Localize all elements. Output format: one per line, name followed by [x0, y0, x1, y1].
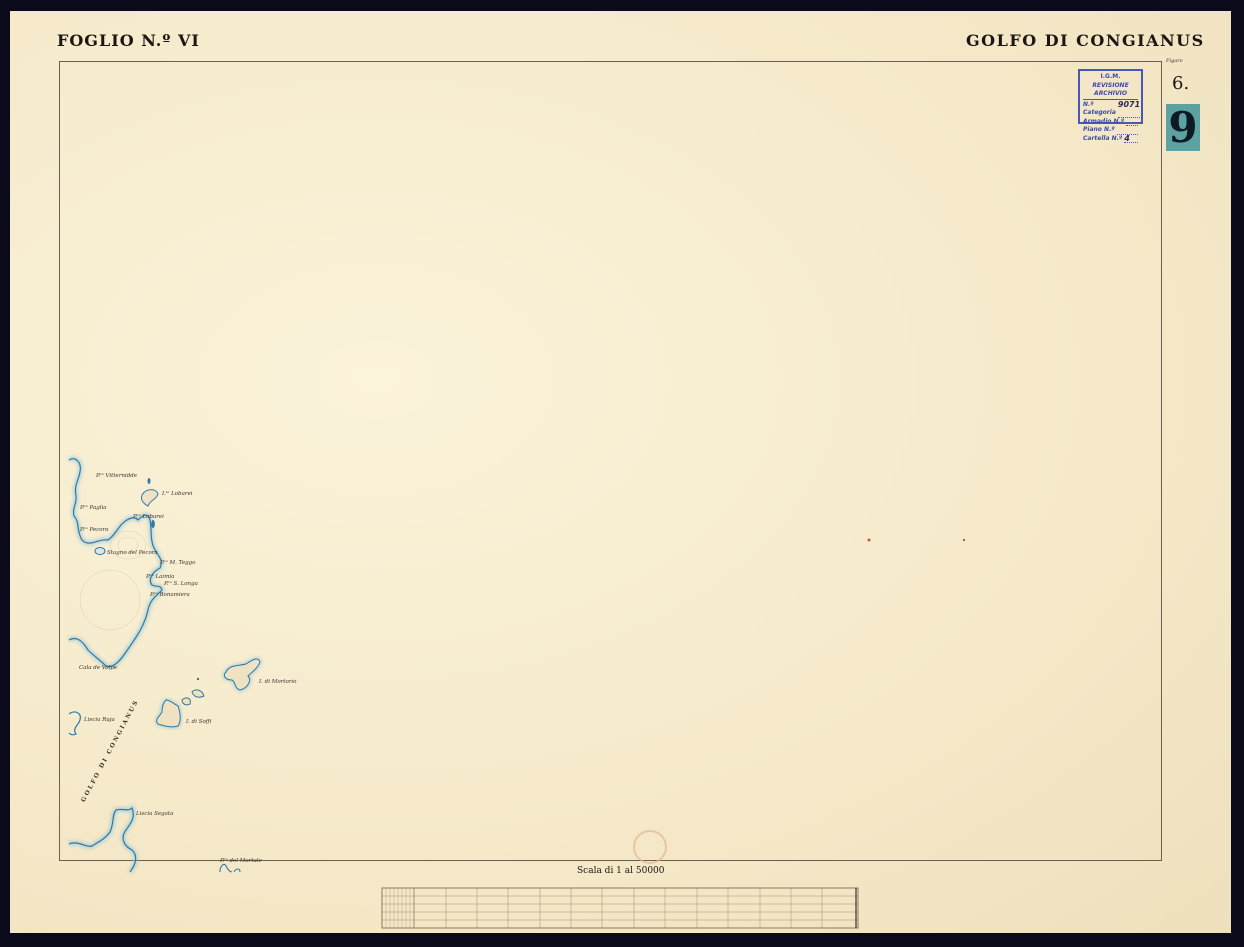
place-label: P.ᵗᵃ Laimia — [146, 574, 174, 580]
place-label: P.ᵗᵃ Lobarei — [133, 514, 164, 520]
margin-note: Figaro — [1166, 58, 1183, 64]
stamp-row: Cartella N.º4 — [1083, 135, 1138, 144]
place-label: Liscia Ruja — [84, 717, 115, 723]
stamp-row: N.º Categoria9071 — [1083, 101, 1138, 118]
scale-bar — [382, 888, 858, 928]
stamp-heading: REVISIONE ARCHIVIO — [1083, 82, 1138, 100]
sheet-badge: 9 — [1166, 104, 1200, 151]
place-label: I. di Soffi — [186, 719, 211, 725]
archive-stamp: I.G.M. REVISIONE ARCHIVIO N.º Categoria9… — [1078, 69, 1143, 124]
place-label: P.ᵗᵃ S. Longa — [164, 581, 198, 587]
place-label: I. di Mortorio — [259, 679, 297, 685]
place-label: Liscia Segata — [136, 811, 173, 817]
stamp-org: I.G.M. — [1083, 73, 1138, 82]
place-label: P.ᵗᵃ Paglia — [80, 505, 107, 511]
faded-stamp — [634, 831, 666, 863]
contour-lines — [80, 531, 146, 630]
place-label: P.ᵗᵃ Bonamiera — [150, 592, 190, 598]
stamp-row: Armadio N.º — [1083, 118, 1138, 127]
place-label: P.ᵗᵃ Pecora — [80, 527, 109, 533]
map-drawing — [0, 0, 1244, 947]
place-label: P.ᵗᵃ del Mortale — [220, 858, 262, 864]
place-label: Stagno del Pecora — [107, 550, 158, 556]
place-label: P.ᵗᵃ M. Teggo — [160, 560, 195, 566]
place-label: Cala de Volpe — [79, 665, 117, 671]
scale-title: Scala di 1 al 50000 — [577, 866, 665, 876]
place-label: P.ᵗᵃ Vitternidde — [96, 473, 137, 479]
sheet-number: 6. — [1172, 73, 1189, 94]
place-label: I.ᵗᵃ Lobarei — [162, 491, 193, 497]
